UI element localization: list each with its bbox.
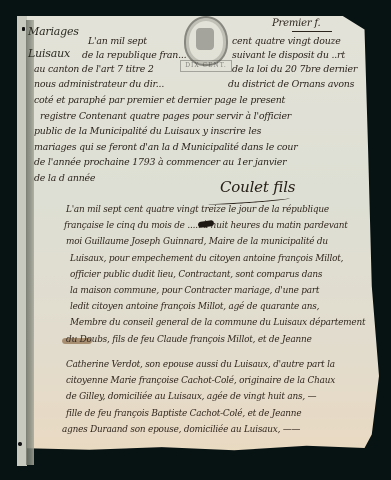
header-underline bbox=[292, 31, 332, 32]
preamble-line: public de la Municipalité du Luisaux y i… bbox=[34, 126, 261, 137]
act-line: Luisaux, pour empechement du citoyen ant… bbox=[70, 254, 343, 264]
margin-note-luisaux: Luisaux bbox=[28, 47, 70, 60]
preamble-line: coté et paraphé par premier et dernier p… bbox=[34, 95, 285, 106]
page-header: Premier f. bbox=[272, 18, 321, 29]
preamble-line: suivant le disposit du ..rt bbox=[232, 50, 345, 61]
preamble-line: de la d année bbox=[34, 173, 95, 184]
binding-strip bbox=[26, 20, 34, 465]
act-line: fille de feu françois Baptiste Cachot-Co… bbox=[66, 409, 301, 419]
act-line: ledit citoyen antoine françois Millot, a… bbox=[70, 302, 319, 312]
margin-note-mariages: Mariages bbox=[28, 25, 79, 38]
act-line: L'an mil sept cent quatre vingt treize l… bbox=[66, 205, 329, 215]
act-line: Membre du conseil general de la commune … bbox=[70, 318, 365, 328]
seal-emblem-icon bbox=[196, 28, 214, 50]
preamble-line: nous administrateur du dir... bbox=[34, 79, 164, 90]
act-line: du Doubs, fils de feu Claude françois Mi… bbox=[66, 335, 312, 345]
preamble-line: de l'année prochaine 1793 à commencer au… bbox=[34, 157, 286, 168]
preamble-line: cent quatre vingt douze bbox=[232, 36, 341, 47]
signature: Coulet fils bbox=[220, 178, 295, 196]
stamp-seal-icon bbox=[184, 16, 228, 66]
preamble-line: registre Contenant quatre pages pour ser… bbox=[40, 111, 291, 122]
act-line: citoyenne Marie françoise Cachot-Colé, o… bbox=[66, 376, 335, 386]
act-line: officier public dudit lieu, Contractant,… bbox=[70, 270, 322, 280]
binding-hole bbox=[18, 442, 22, 446]
act-line: la maison commune, pour Contracter maria… bbox=[70, 286, 319, 296]
preamble-line: mariages qui se feront d'an la d Municip… bbox=[34, 142, 297, 153]
preamble-line: du district de Ornans avons bbox=[228, 79, 354, 90]
ink-dot bbox=[22, 27, 25, 31]
act-line: Catherine Verdot, son epouse aussi du Lu… bbox=[66, 360, 335, 370]
stamp-label: DIX CENT. bbox=[180, 60, 232, 72]
preamble-line: L'an mil sept bbox=[88, 36, 147, 47]
act-line: de Gilley, domiciliée au Luisaux, agée d… bbox=[66, 392, 316, 402]
preamble-line: de la republique fran... bbox=[82, 50, 186, 61]
preamble-line: au canton de l'art 7 titre 2 bbox=[34, 64, 154, 75]
act-line: agnes Duraand son epouse, domiciliée au … bbox=[62, 425, 300, 435]
act-line: moi Guillaume Joseph Guinnard, Maire de … bbox=[66, 237, 328, 247]
preamble-line: de la loi du 20 7bre dernier bbox=[232, 64, 357, 75]
